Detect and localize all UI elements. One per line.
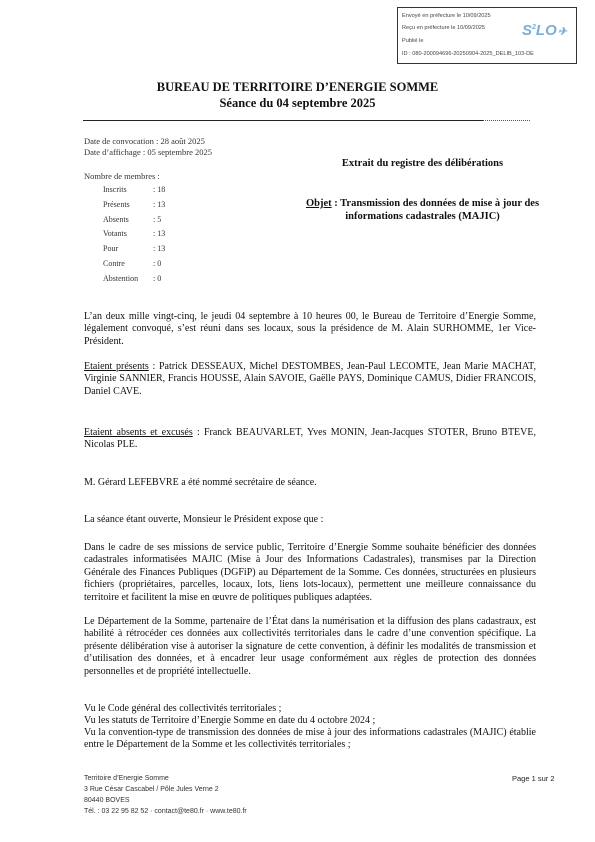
objet-heading: Objet : Transmission des données de mise… [290,197,555,223]
footer-org: Territoire d’Energie Somme [84,773,247,784]
stamp-sent: Envoyé en préfecture le 10/09/2025 [402,13,491,19]
s2lo-logo: S2LO✈ [522,22,567,39]
absent-paragraph: Etaient absents et excusés : Franck BEAU… [84,427,536,452]
org-title: BUREAU DE TERRITOIRE D’ENERGIE SOMME [0,80,595,95]
member-row: Pour: 13 [103,244,183,259]
session-title: Séance du 04 septembre 2025 [0,96,595,111]
header-divider-dotted [483,120,530,121]
paper-plane-icon: ✈ [558,26,567,38]
stamp-received: Reçu en préfecture le 10/09/2025 [402,25,485,31]
logo-lo: LO [536,22,557,39]
present-label: Etaient présents [84,361,149,372]
logo-s: S [522,22,532,39]
secretary-paragraph: M. Gérard LEFEBVRE a été nommé secrétair… [84,477,536,489]
member-row: Inscrits: 18 [103,185,183,200]
absent-label: Etaient absents et excusés [84,427,193,438]
header-divider [83,120,483,121]
context-paragraph: Dans le cadre de ses missions de service… [84,542,536,604]
present-paragraph: Etaient présents : Patrick DESSEAUX, Mic… [84,361,536,398]
session-opening: La séance étant ouverte, Monsieur le Pré… [84,514,536,526]
department-paragraph: Le Département de la Somme, partenaire d… [84,616,536,678]
footer-contact: Tél. : 03 22 95 82 52 · contact@te80.fr … [84,806,247,817]
stamp-published: Publié le [402,38,423,44]
affichage-date: Date d’affichage : 05 septembre 2025 [84,147,212,157]
members-table: Inscrits: 18 Présents: 13 Absents: 5 Vot… [103,185,183,289]
vu-statuts: Vu les statuts de Territoire d’Energie S… [84,715,536,727]
extrait-heading: Extrait du registre des délibérations [290,158,555,169]
footer-city: 80440 BOVES [84,795,247,806]
present-list: : Patrick DESSEAUX, Michel DESTOMBES, Je… [84,361,536,397]
footer-street: 3 Rue César Cascabel / Pôle Jules Verne … [84,784,247,795]
members-title: Nombre de membres : [84,171,160,181]
opening-paragraph: L’an deux mille vingt-cinq, le jeudi 04 … [84,311,536,348]
page-number: Page 1 sur 2 [512,774,555,783]
convocation-date: Date de convocation : 28 août 2025 [84,136,205,146]
member-row: Abstention: 0 [103,274,183,289]
footer-address: Territoire d’Energie Somme 3 Rue César C… [84,773,247,817]
member-row: Contre: 0 [103,259,183,274]
member-row: Présents: 13 [103,200,183,215]
vu-convention: Vu la convention-type de transmission de… [84,727,536,752]
prefecture-stamp: Envoyé en préfecture le 10/09/2025 Reçu … [397,7,577,64]
member-row: Absents: 5 [103,215,183,230]
member-row: Votants: 13 [103,229,183,244]
objet-text: : Transmission des données de mise à jou… [332,198,539,222]
stamp-id: ID : 080-200094696-20250904-2025_DELIB_1… [402,51,534,57]
vu-code: Vu le Code général des collectivités ter… [84,703,536,715]
objet-label: Objet [306,198,332,209]
